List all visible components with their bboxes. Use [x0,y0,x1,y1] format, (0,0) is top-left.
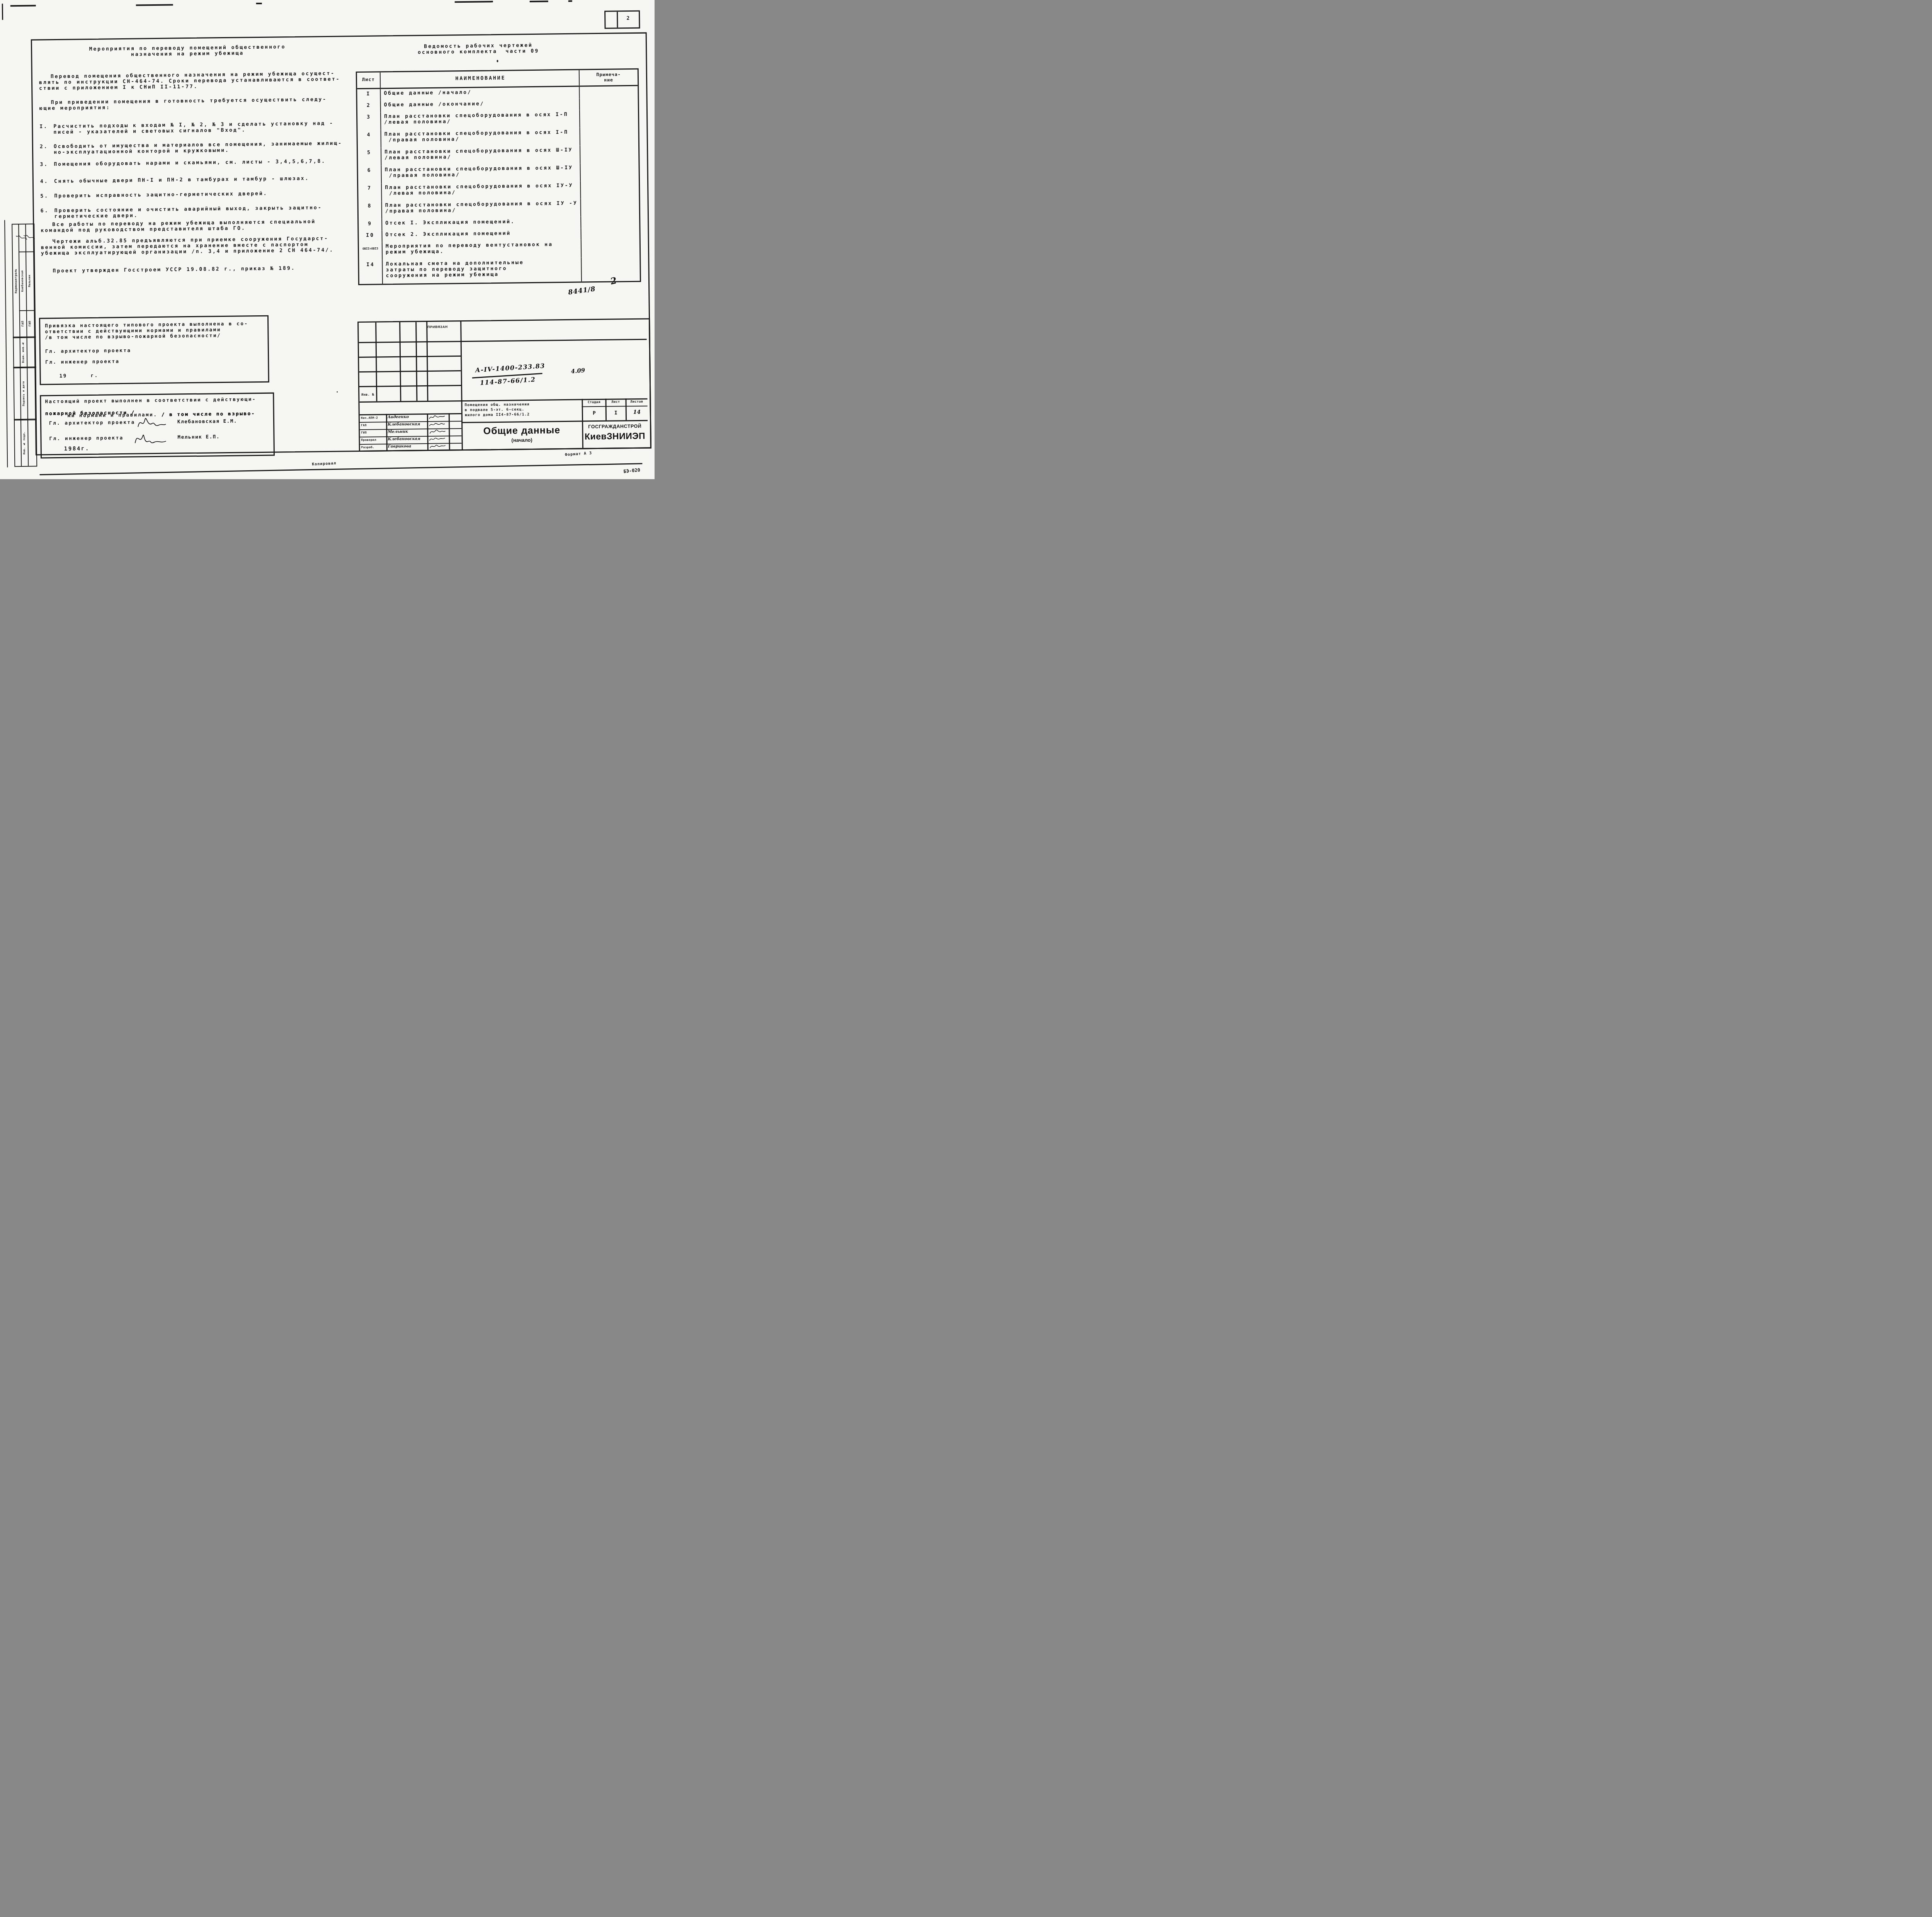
staff-role: Нач.АПМ-2 [361,416,378,420]
row-note [580,86,638,99]
list-item-number: I. [39,124,53,135]
podpis-label: Подпись и дата [20,367,27,420]
row-sheet: 3 [357,112,381,130]
row-note [580,98,638,110]
row-sheet: I4 [359,260,383,284]
scan-mark [568,0,572,2]
compliance-name-engineer: Мельник Е.П. [177,434,220,440]
signature-icon [429,429,446,435]
scan-mark [10,5,36,7]
signature-icon [22,233,36,241]
sheet-title: Общие данные [461,425,582,437]
approval-year: 19 г. [60,373,99,379]
row-name: План расстановки спецоборудования в осях… [382,163,581,184]
row-name: План расстановки спецоборудования в осях… [381,128,580,148]
document-code: БЭ-020 [623,467,641,475]
staff-name: Клебановская [388,437,420,441]
staff-role: ГАП [361,424,367,427]
scan-mark [455,1,493,3]
row-sheet: ОВII÷ОВIЗ [359,242,383,260]
staff-name: Гаврикова [388,444,412,449]
copied-label: Копировал [312,461,337,467]
line [359,356,461,357]
scan-mark [530,0,548,2]
sidebar-podpis-section: Подпись и дата [13,367,37,421]
register-row: 5План расстановки спецоборудования в ося… [358,145,638,166]
list-item-number: 2. [40,144,54,155]
register-row: 8План расстановки спецоборудования в ося… [359,198,639,219]
staff-role: ГИП [361,431,367,435]
row-note [581,163,639,181]
paragraph-1: Перевод помещения общественного назначен… [39,70,353,91]
line [461,420,648,423]
sheet-value: I [606,410,626,416]
object-name: Помещения общ. назначения в подвале 5-эт… [465,401,578,418]
approval-role-engineer: Гл. инженер проекта [45,358,120,365]
paragraph-4: Чертежи альб.32.85 предъявляются при при… [41,235,355,256]
org-name-line1: ГОСГРАЖДАНСТРОЙ [582,424,648,430]
list-item-number: 5. [40,193,54,199]
signature-icon [429,414,446,420]
doc-number-top: А-IV-1400-233.83 [475,362,545,374]
inv-podl-label: Инв. № подл. [20,420,28,466]
compliance-year: 1984г. [64,446,90,452]
approval-role-architect: Гл. архитектор проекта [45,347,131,354]
register-row: ОВII÷ОВIЗМероприятия по переводу вентуст… [359,239,639,260]
compliance-box: Настоящий проект выполнен в соответствии… [40,393,275,459]
row-sheet: 2 [357,100,381,112]
row-note [580,145,639,163]
line [359,370,461,372]
staff-name: Мельник [388,430,408,434]
signature-icon [429,436,446,442]
row-name: Локальная смета на дополнительные затрат… [383,258,582,284]
gip-name: Мельник [26,252,34,310]
row-name: План расстановки спецоборудования в осях… [381,146,580,166]
vzam-label: Взам. инв.№ [20,337,27,367]
compliance-name-architect: Клебановская Е.М. [177,418,237,425]
stage-value: Р [583,410,605,417]
row-note [581,216,639,228]
format-label: Формат А 3 [565,451,592,457]
org-name-line2: КиевЗНИИЭП [582,431,648,442]
signature-icon [429,421,446,428]
row-note [582,239,640,258]
compliance-line3: пожарной безопасности / [45,410,135,417]
staff-name: Клебановская [388,422,420,427]
register-row: 7План расстановки спецоборудования в ося… [358,180,639,201]
staff-role: Разраб. [361,446,375,449]
row-sheet: 4 [357,130,381,148]
sheet-number: 2 [617,15,639,22]
register-col-note: Примеча- ние [580,70,638,86]
line [582,406,648,407]
row-sheet: 5 [358,148,382,166]
line [449,413,450,449]
line [360,413,461,415]
stage-header: Стадия [583,400,605,405]
register-col-sheet: Лист [357,72,381,88]
scan-mark [256,3,262,4]
register-row: 3План расстановки спецоборудования в ося… [357,109,638,130]
bottom-edge-line [40,463,643,475]
sidebar-vzam-section: Взам. инв.№ [13,337,36,369]
page-edge-line [4,220,8,467]
scan-mark [136,4,173,6]
compliance-role-engineer: Гл. инженер проекта [49,435,124,441]
compliance-line2b: / в том числе по взрыво- [162,410,255,417]
row-sheet: 9 [359,219,382,231]
list-item-number: 6. [41,208,54,219]
line [359,385,461,387]
line [360,428,461,430]
sheet-number-box: 2 [604,10,640,29]
staff-role: Проверил [361,438,376,442]
register-row: 4План расстановки спецоборудования в ося… [357,127,638,148]
row-name: Мероприятия по переводу вентустановок на… [383,240,582,260]
line [415,322,417,401]
signature-icon [133,429,167,446]
register-title: Ведомость рабочих чертежей основного ком… [401,42,556,56]
inv-no-label: Инв. № [361,393,374,397]
register-row: 6План расстановки спецоборудования в ося… [358,163,639,184]
sheets-total-value: 14 [626,409,648,416]
sheet-header: Лист [606,400,625,404]
row-sheet: 7 [358,183,382,201]
row-name: План расстановки спецоборудования в осях… [382,181,581,201]
signature-icon [135,413,167,430]
list-item-number: 4. [40,179,54,184]
part-code: 4.09 [571,367,585,375]
approval-box: Привязка настоящего типового проекта вып… [39,315,269,385]
row-sheet: I [357,89,381,101]
privyazan-label: ПРИВЯЗАН [427,325,447,329]
line [427,413,429,450]
sidebar-inv-section: Инв. № подл. [14,419,37,467]
row-sheet: 8 [359,201,383,219]
row-note [581,198,639,217]
row-note [580,109,638,128]
row-name: План расстановки спецоборудования в осях… [382,199,581,219]
line [426,322,428,401]
line [359,339,647,343]
scanned-drawing-sheet: 2 Мероприятия по переводу помещений обще… [0,0,655,479]
register-table: Лист НАИМЕНОВАНИЕ Примеча- ние IОбщие да… [356,68,641,285]
signature-icon [429,443,446,450]
scan-mark [2,3,3,20]
gap-name: Клебановская [19,252,26,310]
row-sheet: I0 [359,230,382,242]
row-note [580,127,638,146]
gap-role: ГАП [19,310,27,337]
line [375,323,377,401]
line [386,414,388,450]
sheet-subtitle: (начало) [462,437,582,444]
register-row: I4Локальная смета на дополнительные затр… [359,257,640,284]
list-item-number: 3. [40,162,54,167]
gip-role: ГИП [26,310,34,337]
title-block: ПРИВЯЗАН Инв. № А-IV-1400-233.83 114-87-… [357,318,651,452]
line [399,322,401,401]
register-col-name: НАИМЕНОВАНИЕ [381,70,580,88]
approval-text: Привязка настоящего типового проекта вып… [45,320,263,340]
row-name: План расстановки спецоборудования в осях… [381,110,580,130]
scan-content: 2 Мероприятия по переводу помещений обще… [0,0,655,479]
staff-name: Авдеенко [388,415,409,420]
row-note [581,180,639,199]
compliance-role-architect: Гл. архитектор проекта [49,419,135,426]
sheets-total-header: Листов [626,400,647,404]
sidebar-normocontrol-section: Нормоконтроль Клебановская ГАП Мельник Г… [12,224,36,338]
row-note [581,228,639,240]
row-sheet: 6 [358,165,382,184]
